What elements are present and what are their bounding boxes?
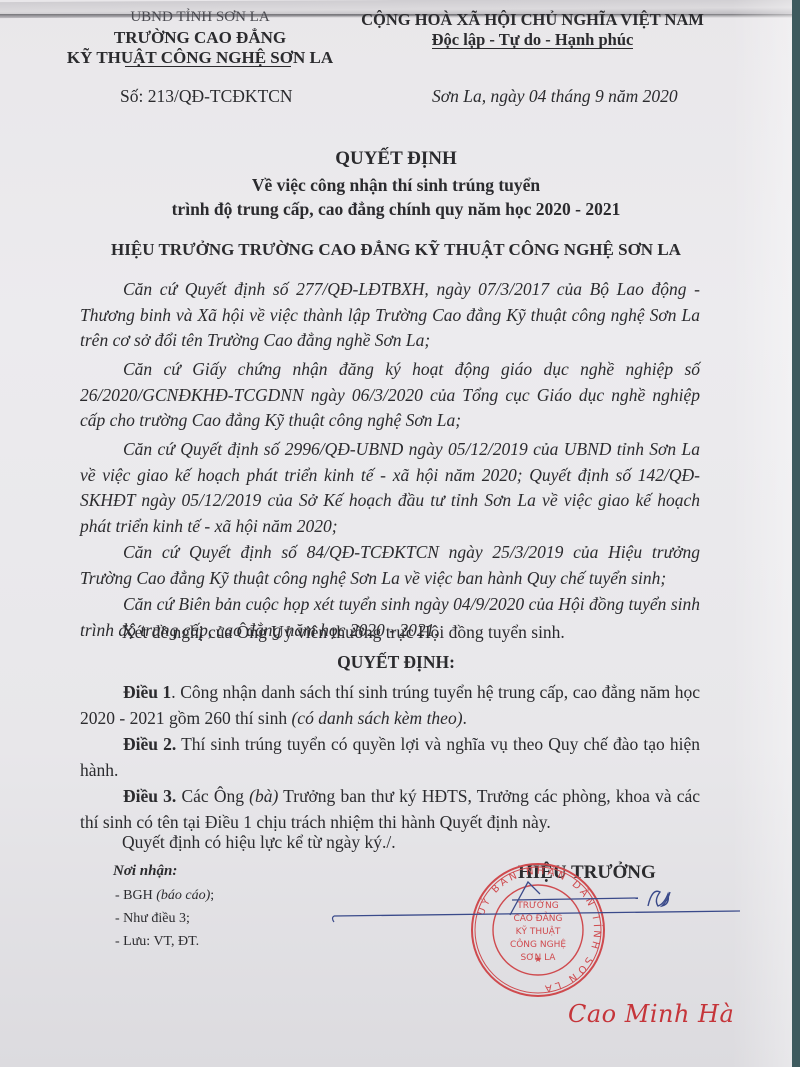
recipient-1-note: (báo cáo) <box>156 888 210 903</box>
issuing-authority: HIỆU TRƯỞNG TRƯỜNG CAO ĐẲNG KỸ THUẬT CÔN… <box>0 240 792 260</box>
school-name-line1: TRƯỜNG CAO ĐẲNG <box>60 28 340 47</box>
proposal: Xét đề nghị của Ông Uỷ viên thường trực … <box>122 622 565 643</box>
agency-name: UBND TỈNH SƠN LA <box>60 8 340 27</box>
motto: Độc lập - Tự do - Hạnh phúc <box>432 31 634 49</box>
basis-4: Căn cứ Quyết định số 84/QĐ-TCĐKTCN ngày … <box>80 540 700 591</box>
basis-2: Căn cứ Giấy chứng nhận đăng ký hoạt động… <box>80 357 700 434</box>
basis-3: Căn cứ Quyết định số 2996/QĐ-UBND ngày 0… <box>80 437 700 539</box>
school-name-line2-text: KỸ THUẬT CÔNG NGHỆ SƠN LA <box>67 48 333 67</box>
document-subtitle-2: trình độ trung cấp, cao đẳng chính quy n… <box>0 199 792 220</box>
document-title: QUYẾT ĐỊNH <box>0 148 792 170</box>
document-number: Số: 213/QĐ-TCĐKTCN <box>120 86 293 107</box>
basis-4-text: Căn cứ Quyết định số 84/QĐ-TCĐKTCN ngày … <box>80 542 700 588</box>
svg-text:SƠN LA: SƠN LA <box>521 953 557 963</box>
recipient-3: - Lưu: VT, ĐT. <box>115 930 199 953</box>
recipient-1-tail: ; <box>210 888 214 903</box>
basis-3-text: Căn cứ Quyết định số 2996/QĐ-UBND ngày 0… <box>80 439 700 536</box>
school-name-line2: KỸ THUẬT CÔNG NGHỆ SƠN LA <box>60 48 340 67</box>
nation-name: CỘNG HOÀ XÃ HỘI CHỦ NGHĨA VIỆT NAM <box>360 10 705 29</box>
article-1: Điều 1. Công nhận danh sách thí sinh trú… <box>80 679 700 731</box>
article-1-tail: . <box>463 708 467 728</box>
signer-name: Cao Minh Hà <box>568 1000 734 1028</box>
recipients-heading: Nơi nhận: <box>113 863 177 880</box>
article-2: Điều 2. Thí sinh trúng tuyển có quyền lợ… <box>80 731 700 783</box>
decision-heading: QUYẾT ĐỊNH: <box>0 652 792 673</box>
basis-2-text: Căn cứ Giấy chứng nhận đăng ký hoạt động… <box>80 359 700 430</box>
recipient-1: - BGH (báo cáo); <box>115 884 214 907</box>
effective-clause: Quyết định có hiệu lực kể từ ngày ký./. <box>122 832 396 853</box>
article-1-note: (có danh sách kèm theo) <box>291 708 462 728</box>
document-subtitle-1: Về việc công nhận thí sinh trúng tuyển <box>0 175 792 196</box>
basis-1-text: Căn cứ Quyết định số 277/QĐ-LĐTBXH, ngày… <box>80 279 700 350</box>
basis-1: Căn cứ Quyết định số 277/QĐ-LĐTBXH, ngày… <box>80 277 700 354</box>
article-3-note: (bà) <box>249 786 278 806</box>
handwritten-signature-icon <box>330 880 750 940</box>
article-3: Điều 3. Các Ông (bà) Trưởng ban thư ký H… <box>80 783 700 835</box>
article-3-label: Điều 3. <box>123 786 176 806</box>
article-2-label: Điều 2. <box>123 734 176 754</box>
article-3-text-pre: Các Ông <box>181 786 249 806</box>
place-date: Sơn La, ngày 04 tháng 9 năm 2020 <box>432 86 678 107</box>
recipient-2: - Như điều 3; <box>115 907 190 930</box>
article-1-sep: . <box>171 682 180 702</box>
article-1-label: Điều 1 <box>123 682 171 702</box>
document-page: UBND TỈNH SƠN LA TRƯỜNG CAO ĐẲNG KỸ THUẬ… <box>0 0 792 1067</box>
recipient-1-text: - BGH <box>115 888 156 903</box>
header-left-underline <box>125 66 291 67</box>
motto-wrap: Độc lập - Tự do - Hạnh phúc <box>360 30 705 49</box>
